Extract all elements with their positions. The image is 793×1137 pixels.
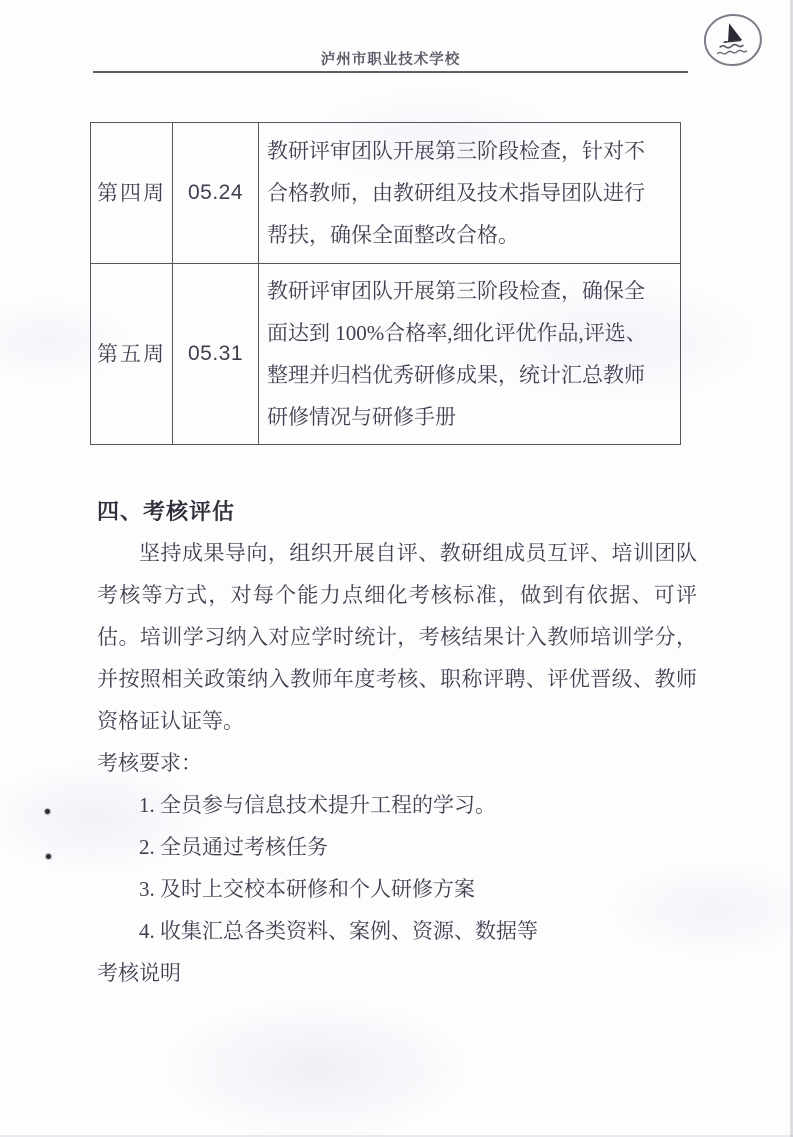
schedule-table: 第四周 05.24 教研评审团队开展第三阶段检查，针对不 合格教师，由教研组及技…	[90, 122, 681, 445]
requirement-item: 1. 全员参与信息技术提升工程的学习。	[97, 784, 697, 826]
requirement-item: 2. 全员通过考核任务	[97, 826, 697, 868]
assessment-section: 四、考核评估 坚持成果导向，组织开展自评、教研组成员互评、培训团队考核等方式，对…	[97, 494, 697, 994]
task-cell: 教研评审团队开展第三阶段检查，针对不 合格教师，由教研组及技术指导团队进行 帮扶…	[259, 123, 681, 264]
scan-speck	[46, 854, 51, 859]
date-cell: 05.31	[173, 264, 259, 445]
assessment-paragraph: 坚持成果导向，组织开展自评、教研组成员互评、培训团队考核等方式，对每个能力点细化…	[97, 532, 697, 742]
header-rule	[93, 71, 688, 73]
date-cell: 05.24	[173, 123, 259, 264]
requirement-item: 4. 收集汇总各类资料、案例、资源、数据等	[97, 910, 697, 952]
page-header-title: 泸州市职业技术学校	[93, 48, 688, 69]
week-cell: 第四周	[91, 123, 173, 264]
requirements-label: 考核要求：	[97, 742, 697, 784]
note-label: 考核说明	[97, 952, 697, 994]
school-logo-stamp-icon	[698, 9, 768, 73]
task-cell: 教研评审团队开展第三阶段检查，确保全 面达到 100%合格率,细化评优作品,评选…	[259, 264, 681, 445]
table-row: 第五周 05.31 教研评审团队开展第三阶段检查，确保全 面达到 100%合格率…	[91, 264, 681, 445]
scanned-document-page: 泸州市职业技术学校 第四周 05.24 教研评审团队开展第三阶段检查，针对不 合…	[0, 0, 793, 1137]
requirement-item: 3. 及时上交校本研修和个人研修方案	[97, 868, 697, 910]
week-cell: 第五周	[91, 264, 173, 445]
table-row: 第四周 05.24 教研评审团队开展第三阶段检查，针对不 合格教师，由教研组及技…	[91, 123, 681, 264]
section-heading: 四、考核评估	[97, 494, 697, 530]
scan-speck	[45, 809, 50, 814]
